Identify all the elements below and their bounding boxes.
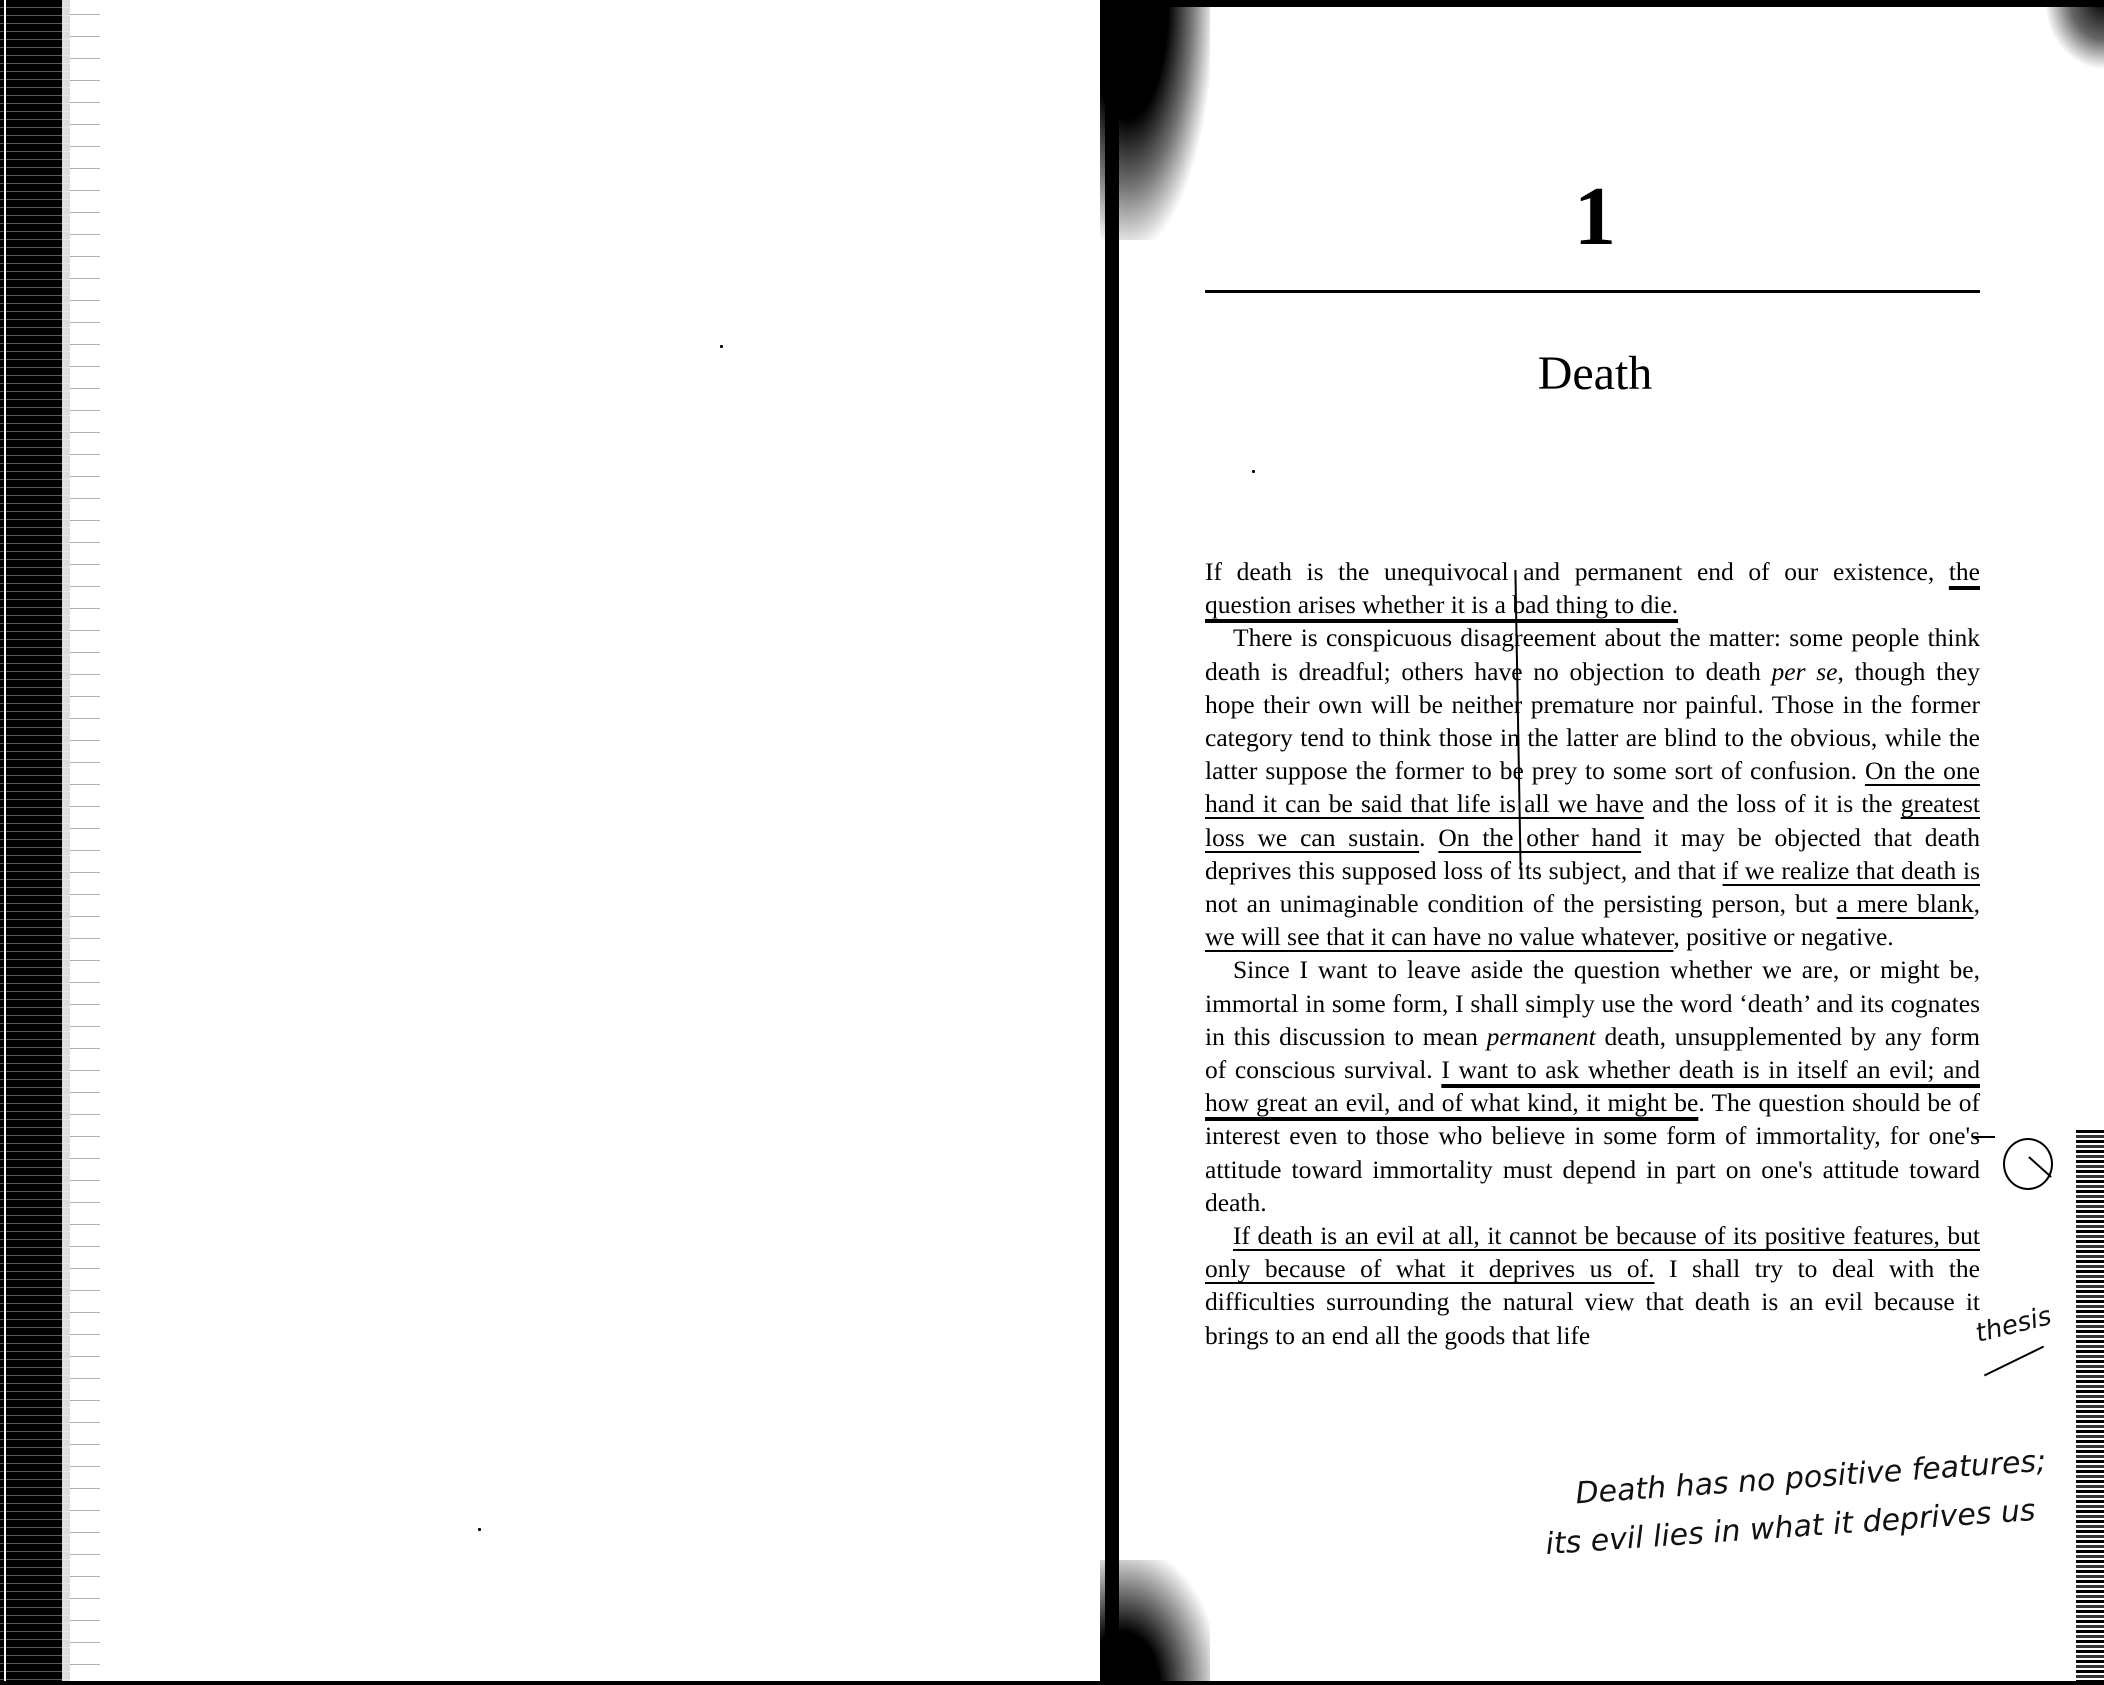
underlined-segment: we will see that it can have no value wh… bbox=[1205, 922, 1673, 951]
paragraph-2: There is conspicuous disagreement about … bbox=[1205, 621, 1980, 953]
chapter-number: 1 bbox=[1205, 175, 1985, 259]
left-page-blank bbox=[0, 0, 1115, 1685]
right-page: 1 Death If death is the unequivocal and … bbox=[1205, 0, 2104, 1685]
handwritten-thesis-note: thesis bbox=[1973, 1301, 2055, 1349]
gutter-spine-line bbox=[1105, 0, 1119, 1685]
text-segment: , bbox=[1974, 889, 1980, 918]
chapter-rule bbox=[1205, 290, 1980, 293]
underlined-segment: if we realize that death is bbox=[1723, 856, 1980, 885]
italic-segment: per se bbox=[1772, 657, 1838, 686]
handwritten-q-icon bbox=[2003, 1138, 2053, 1190]
pen-stroke-thesis bbox=[1984, 1346, 2044, 1377]
paragraph-1: If death is the unequivocal and permanen… bbox=[1205, 555, 1980, 621]
italic-segment: permanent bbox=[1487, 1022, 1596, 1051]
paragraph-4: If death is an evil at all, it cannot be… bbox=[1205, 1219, 1980, 1352]
text-segment: and the loss of it is the bbox=[1644, 789, 1901, 818]
chapter-title: Death bbox=[1205, 350, 1985, 398]
pen-mark-dash bbox=[1973, 1136, 1995, 1138]
scan-bottom-border bbox=[0, 1681, 2104, 1685]
text-segment: If death is the unequivocal and permanen… bbox=[1205, 557, 1949, 586]
scan-speck bbox=[478, 1528, 481, 1531]
text-segment: not an unimaginable condition of the per… bbox=[1205, 889, 1837, 918]
gutter-shadow-bottom bbox=[1100, 1560, 1210, 1685]
underlined-segment: a mere blank bbox=[1837, 889, 1974, 918]
paragraph-3: Since I want to leave aside the question… bbox=[1205, 953, 1980, 1219]
right-page-corner-shadow bbox=[2044, 0, 2104, 70]
left-page-edge-shadow bbox=[0, 0, 70, 1685]
text-segment: , positive or negative. bbox=[1673, 922, 1893, 951]
left-page-edge-texture bbox=[70, 0, 100, 1685]
scan-speck bbox=[720, 345, 723, 348]
text-segment: . bbox=[1419, 823, 1438, 852]
book-gutter bbox=[1085, 0, 1205, 1685]
right-page-edge-texture bbox=[2076, 1130, 2104, 1685]
chapter-body: If death is the unequivocal and permanen… bbox=[1205, 555, 1980, 1352]
underlined-segment: On the other hand bbox=[1438, 823, 1641, 852]
